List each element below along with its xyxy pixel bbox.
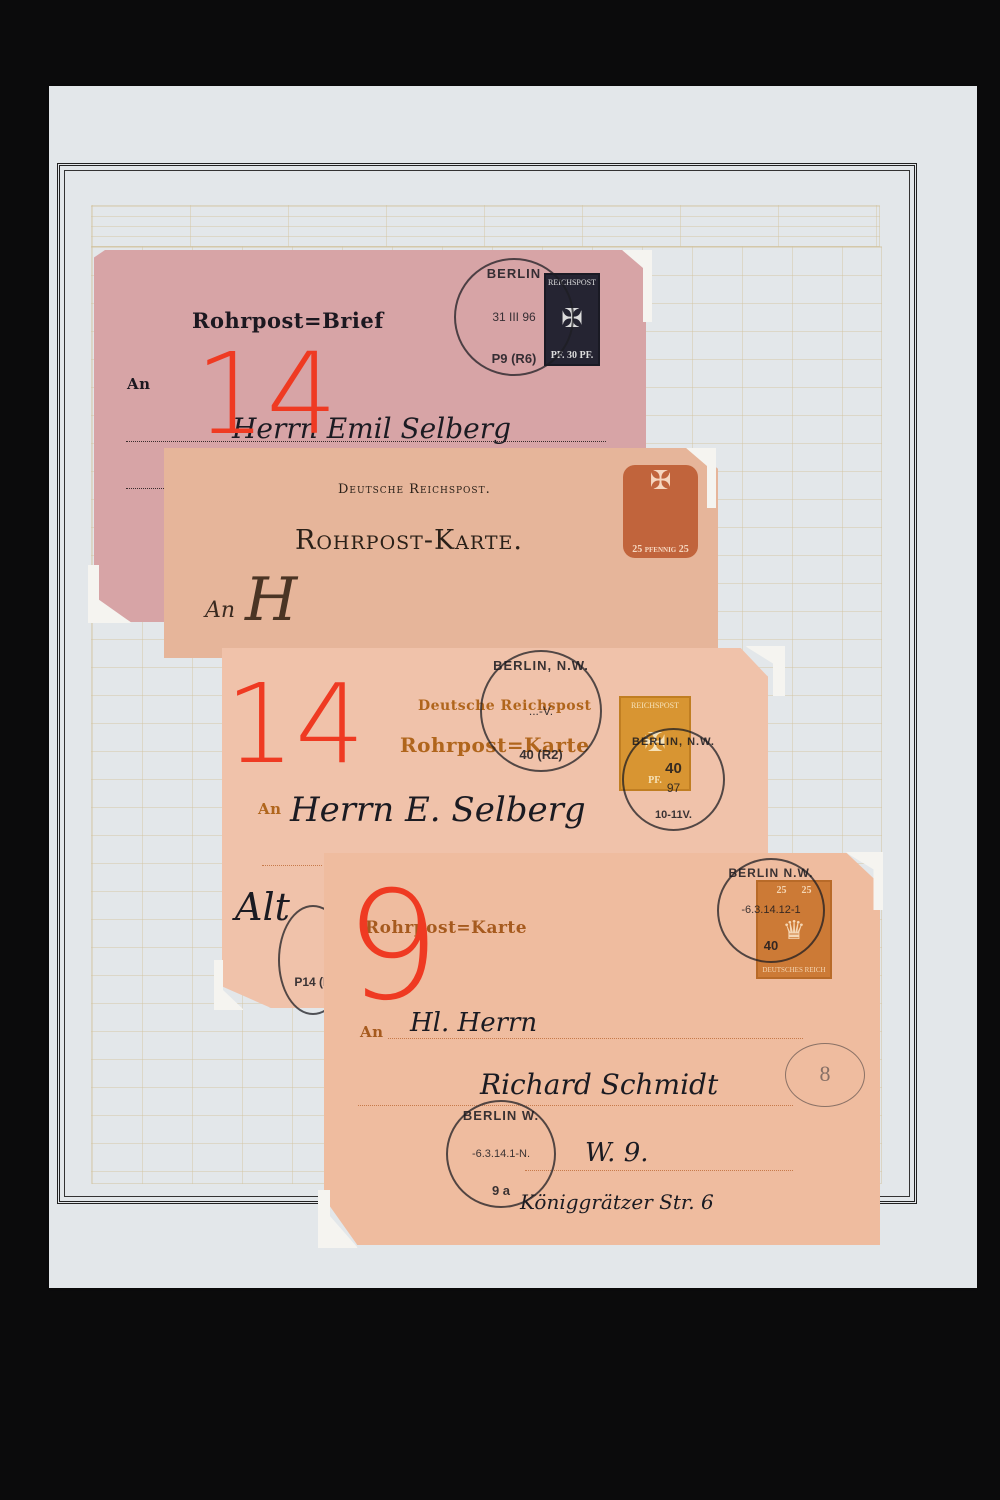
postmark: BERLIN, N.W. ...-V. 40 (R2) (480, 650, 602, 772)
card-title: Rohrpost-Karte. (295, 525, 523, 556)
postmark: BERLIN N.W. -6.3.14.12-1 40 (717, 858, 825, 963)
address-line (262, 865, 322, 866)
stamp-pfennig-25: ✠ 25 PFENNIG 25 (623, 465, 698, 558)
handwritten-address-line: W. 9. (585, 1138, 649, 1168)
stamp-text: REICHSPOST (631, 701, 679, 710)
address-line (525, 1170, 793, 1171)
card-header: Deutsche Reichspost. (338, 482, 491, 497)
address-label: An (205, 598, 235, 623)
address-label: An (258, 800, 282, 818)
red-pencil-mark: 14 (195, 330, 338, 460)
postmark: BERLIN W. -6.3.14.1-N. 9 a (446, 1100, 556, 1208)
address-line (358, 1105, 793, 1106)
address-line (388, 1038, 803, 1039)
handwritten-address: Herrn E. Selberg (290, 790, 586, 830)
postmark: BERLIN, N.W. 40 97 10-11V. (622, 728, 725, 831)
red-pencil-mark: 14 (225, 660, 365, 788)
address-line (126, 488, 166, 489)
postmark: BERLIN 31 III 96 P9 (R6) (454, 258, 574, 376)
stamp-value: 25 PFENNIG 25 (632, 544, 689, 555)
handwritten-address-line: Richard Schmidt (480, 1068, 718, 1101)
eagle-icon: ✠ (650, 468, 672, 494)
address-label: An (127, 375, 151, 393)
oval-mark: 8 (785, 1043, 865, 1107)
handwritten-line: Alt (235, 885, 290, 929)
red-pencil-mark: 9 (345, 860, 440, 1034)
handwritten-address: H (245, 565, 297, 635)
album-grid-header (91, 205, 880, 247)
stamp-text: DEUTSCHES REICH (762, 966, 825, 974)
